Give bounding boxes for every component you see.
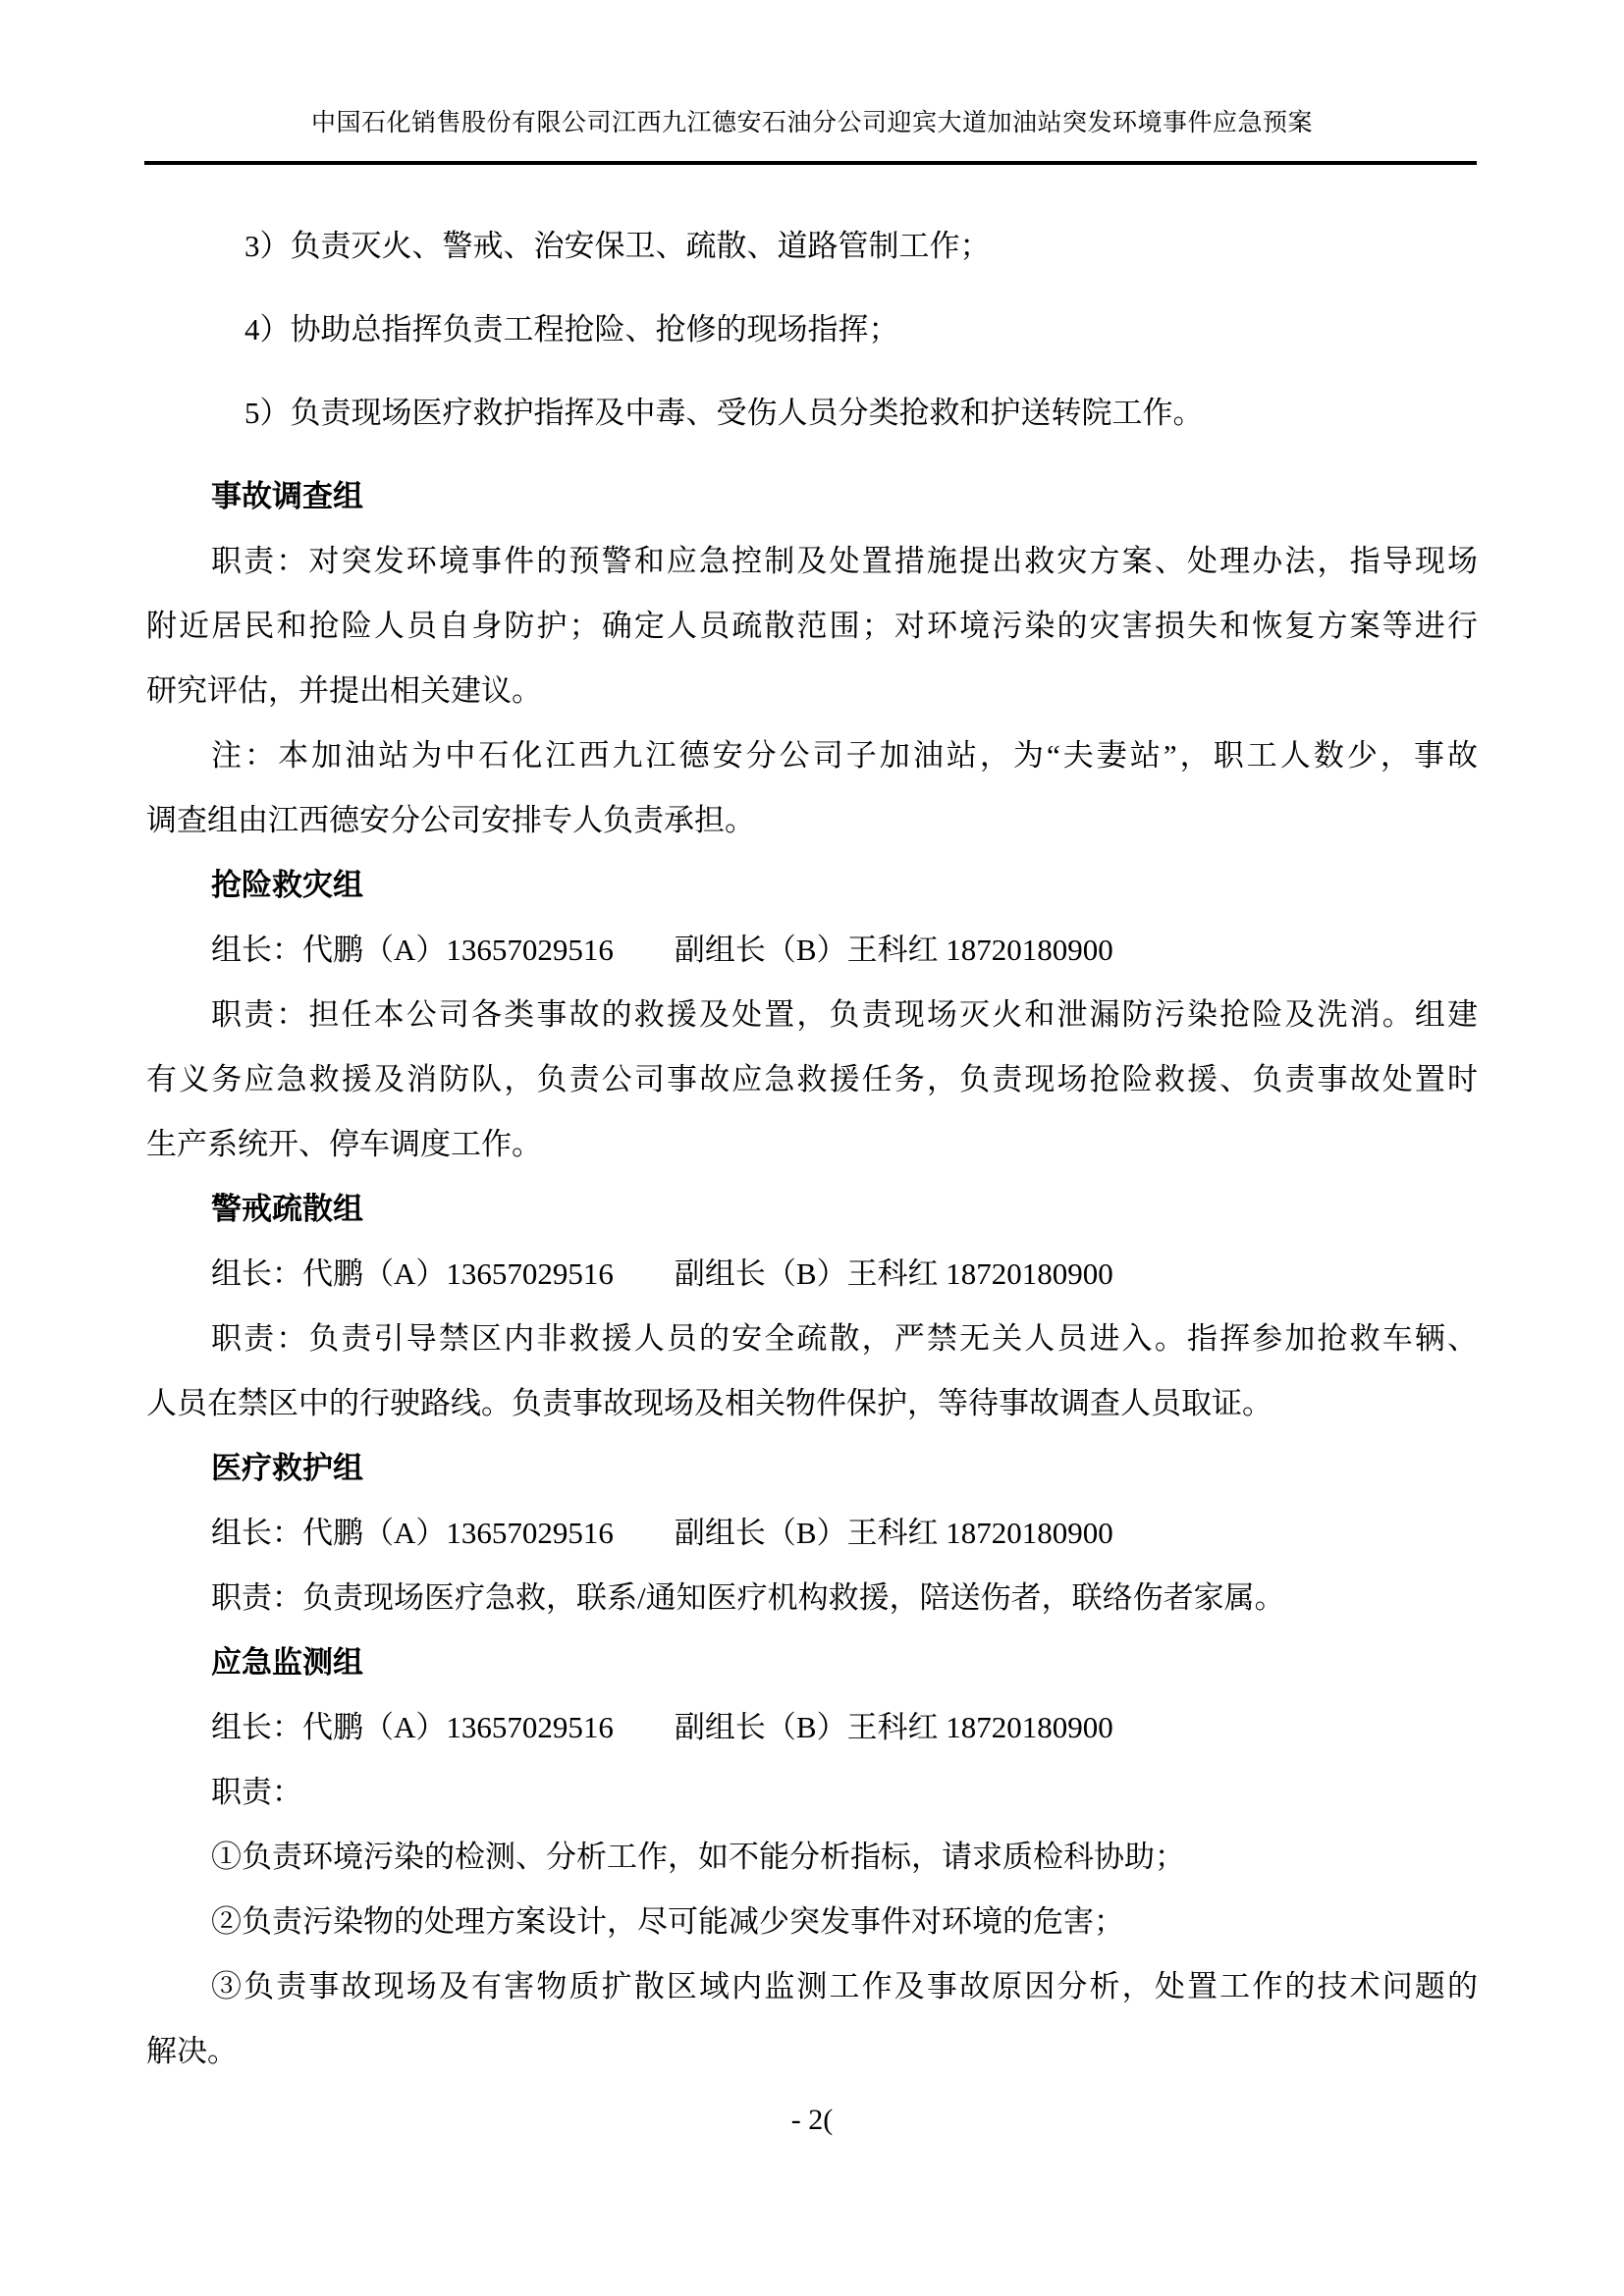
circled-item: ①负责环境污染的检测、分析工作，如不能分析指标，请求质检科协助； [146,1825,1478,1890]
page-number: - 2( [0,2101,1624,2140]
text-line: 职责：负责引导禁区内非救援人员的安全疏散，严禁无关人员进入。指挥参加抢救车辆、 [146,1307,1478,1371]
paragraph: 组长：代鹏（A）13657029516 副组长（B）王科红 1872018090… [146,1242,1478,1307]
text-line: 组长：代鹏（A）13657029516 副组长（B）王科红 1872018090… [146,1501,1478,1566]
text-line: 研究评估，并提出相关建议。 [146,659,1478,723]
circled-item: ②负责污染物的处理方案设计，尽可能减少突发事件对环境的危害； [146,1890,1478,1954]
text-line: 事故调查组 [146,464,1478,529]
text-line: 职责：负责现场医疗急救，联系/通知医疗机构救援，陪送伤者，联络伤者家属。 [146,1566,1478,1630]
paragraph: 组长：代鹏（A）13657029516 副组长（B）王科红 1872018090… [146,1695,1478,1760]
text-line: 解决。 [146,2019,1478,2084]
text-line: ②负责污染物的处理方案设计，尽可能减少突发事件对环境的危害； [146,1890,1478,1954]
paragraph: 组长：代鹏（A）13657029516 副组长（B）王科红 1872018090… [146,918,1478,983]
section-heading: 事故调查组 [146,464,1478,529]
section-heading: 警戒疏散组 [146,1177,1478,1242]
paragraph: 职责：对突发环境事件的预警和应急控制及处置措施提出救灾方案、处理办法，指导现场附… [146,529,1478,723]
text-line: 职责： [146,1760,1478,1825]
text-line: 附近居民和抢险人员自身防护；确定人员疏散范围；对环境污染的灾害损失和恢复方案等进… [146,594,1478,659]
paragraph: 职责：负责现场医疗急救，联系/通知医疗机构救援，陪送伤者，联络伤者家属。 [146,1566,1478,1630]
paragraph: 职责：担任本公司各类事故的救援及处置，负责现场灭火和泄漏防污染抢险及洗消。组建有… [146,983,1478,1177]
text-line: 组长：代鹏（A）13657029516 副组长（B）王科红 1872018090… [146,1695,1478,1760]
text-line: 有义务应急救援及消防队，负责公司事故应急救援任务，负责现场抢险救援、负责事故处置… [146,1047,1478,1112]
paragraph: 注：本加油站为中石化江西九江德安分公司子加油站，为“夫妻站”，职工人数少，事故调… [146,723,1478,853]
page-header: 中国石化销售股份有限公司江西九江德安石油分公司迎宾大道加油站突发环境事件应急预案 [0,106,1624,141]
section-heading: 抢险救灾组 [146,853,1478,918]
text-line: ③负责事故现场及有害物质扩散区域内监测工作及事故原因分析，处置工作的技术问题的 [146,1954,1478,2019]
numbered-item: 3）负责灭火、警戒、治安保卫、疏散、道路管制工作； [146,214,1478,279]
text-line: ①负责环境污染的检测、分析工作，如不能分析指标，请求质检科协助； [146,1825,1478,1890]
text-line: 医疗救护组 [146,1436,1478,1501]
numbered-item: 5）负责现场医疗救护指挥及中毒、受伤人员分类抢救和护送转院工作。 [146,381,1478,446]
text-line: 组长：代鹏（A）13657029516 副组长（B）王科红 1872018090… [146,1242,1478,1307]
text-line: 应急监测组 [146,1630,1478,1695]
paragraph: 组长：代鹏（A）13657029516 副组长（B）王科红 1872018090… [146,1501,1478,1566]
text-line: 组长：代鹏（A）13657029516 副组长（B）王科红 1872018090… [146,918,1478,983]
header-divider [144,161,1477,165]
text-line: 注：本加油站为中石化江西九江德安分公司子加油站，为“夫妻站”，职工人数少，事故 [146,723,1478,788]
text-line: 调查组由江西德安分公司安排专人负责承担。 [146,788,1478,853]
text-line: 人员在禁区中的行驶路线。负责事故现场及相关物件保护，等待事故调查人员取证。 [146,1371,1478,1436]
paragraph: 职责：负责引导禁区内非救援人员的安全疏散，严禁无关人员进入。指挥参加抢救车辆、人… [146,1307,1478,1436]
text-line: 4）协助总指挥负责工程抢险、抢修的现场指挥； [146,297,1478,362]
section-heading: 医疗救护组 [146,1436,1478,1501]
text-line: 警戒疏散组 [146,1177,1478,1242]
text-line: 职责：担任本公司各类事故的救援及处置，负责现场灭火和泄漏防污染抢险及洗消。组建 [146,983,1478,1047]
text-line: 3）负责灭火、警戒、治安保卫、疏散、道路管制工作； [146,214,1478,279]
text-line: 生产系统开、停车调度工作。 [146,1112,1478,1177]
text-line: 5）负责现场医疗救护指挥及中毒、受伤人员分类抢救和护送转院工作。 [146,381,1478,446]
circled-item: ③负责事故现场及有害物质扩散区域内监测工作及事故原因分析，处置工作的技术问题的解… [146,1954,1478,2084]
document-body: 3）负责灭火、警戒、治安保卫、疏散、道路管制工作；4）协助总指挥负责工程抢险、抢… [146,214,1478,2084]
text-line: 抢险救灾组 [146,853,1478,918]
paragraph: 职责： [146,1760,1478,1825]
section-heading: 应急监测组 [146,1630,1478,1695]
text-line: 职责：对突发环境事件的预警和应急控制及处置措施提出救灾方案、处理办法，指导现场 [146,529,1478,594]
document-page: 中国石化销售股份有限公司江西九江德安石油分公司迎宾大道加油站突发环境事件应急预案… [0,0,1624,2296]
numbered-item: 4）协助总指挥负责工程抢险、抢修的现场指挥； [146,297,1478,362]
